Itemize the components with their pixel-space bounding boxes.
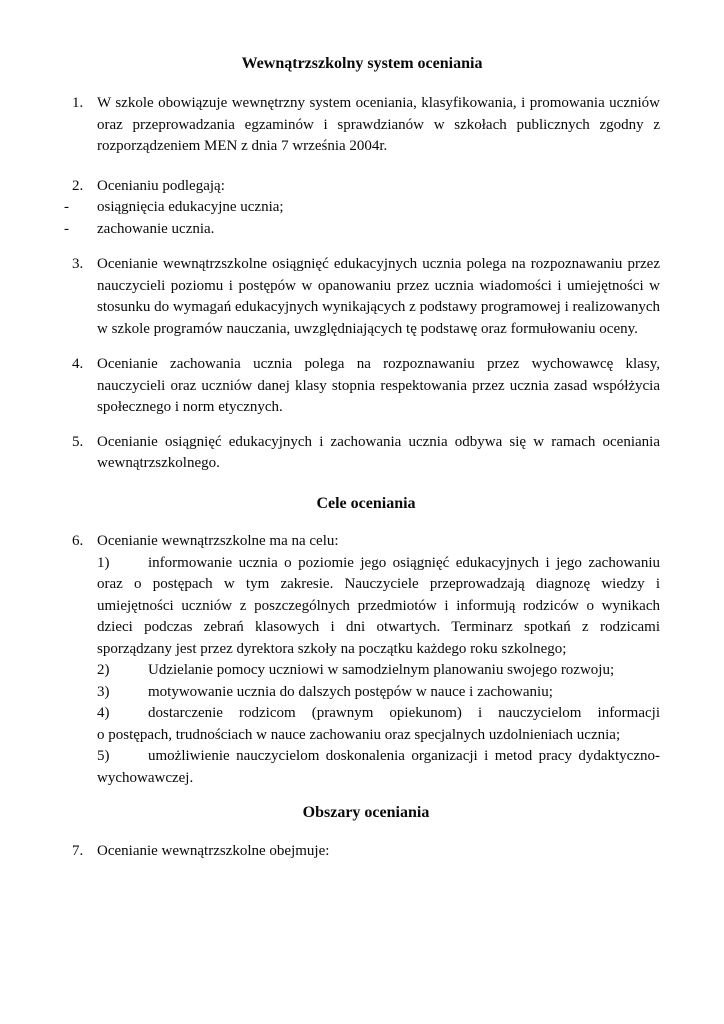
sub-item-1-text: informowanie ucznia o poziomie jego osią… (97, 555, 660, 657)
sub-item-2-text: Udzielanie pomocy uczniowi w samodzielny… (148, 662, 614, 678)
sub-item-1: 1)informowanie ucznia o poziomie jego os… (97, 553, 660, 661)
bullet-item-1: - osiągnięcia edukacyjne ucznia; (72, 197, 660, 219)
list-item-7: 7. Ocenianie wewnątrzszkolne obejmuje: (72, 841, 660, 863)
sub-item-4-text: dostarczenie rodzicom (prawnym opiekunom… (97, 705, 660, 743)
list-item-6-number: 6. (72, 531, 83, 553)
list-item-6-intro: Ocenianie wewnątrzszkolne ma na celu: (97, 531, 660, 553)
list-item-6-body: Ocenianie wewnątrzszkolne ma na celu: 1)… (97, 531, 660, 789)
sub-item-5: 5)umożliwienie nauczycielom doskonalenia… (97, 746, 660, 789)
sub-item-5-text: umożliwienie nauczycielom doskonalenia o… (97, 748, 660, 786)
list-item-2-number: 2. (72, 176, 83, 198)
list-item-4: 4. Ocenianie zachowania ucznia polega na… (72, 354, 660, 419)
sub-item-1-number: 1) (97, 553, 148, 575)
bullet-item-1-dash: - (64, 197, 69, 219)
bullet-item-1-text: osiągnięcia edukacyjne ucznia; (97, 197, 660, 219)
list-item-5-number: 5. (72, 432, 83, 454)
list-item-1-number: 1. (72, 93, 83, 115)
bullet-item-2-dash: - (64, 219, 69, 241)
document-title: Wewnątrzszkolny system oceniania (0, 0, 724, 73)
bullet-item-2-text: zachowanie ucznia. (97, 219, 660, 241)
sub-item-3-text: motywowanie ucznia do dalszych postępów … (148, 684, 553, 700)
list-item-3-text: Ocenianie wewnątrzszkolne osiągnięć eduk… (97, 254, 660, 340)
list-item-1-text: W szkole obowiązuje wewnętrzny system oc… (97, 93, 660, 158)
sub-item-3: 3)motywowanie ucznia do dalszych postępó… (97, 682, 660, 704)
sub-item-2: 2)Udzielanie pomocy uczniowi w samodziel… (97, 660, 660, 682)
list-item-4-text: Ocenianie zachowania ucznia polega na ro… (97, 354, 660, 419)
sub-item-4-number: 4) (97, 703, 148, 725)
list-item-2-text: Ocenianiu podlegają: (97, 176, 660, 198)
sub-item-5-number: 5) (97, 746, 148, 768)
list-item-2: 2. Ocenianiu podlegają: (72, 176, 660, 198)
list-item-4-number: 4. (72, 354, 83, 376)
list-item-6: 6. Ocenianie wewnątrzszkolne ma na celu:… (72, 531, 660, 789)
document-page: Wewnątrzszkolny system oceniania 1. W sz… (0, 0, 724, 1024)
sub-item-4: 4)dostarczenie rodzicom (prawnym opiekun… (97, 703, 660, 746)
list-item-5-text: Ocenianie osiągnięć edukacyjnych i zacho… (97, 432, 660, 475)
document-body: 1. W szkole obowiązuje wewnętrzny system… (72, 93, 660, 862)
section-heading-obszary: Obszary oceniania (72, 802, 660, 824)
list-item-3-number: 3. (72, 254, 83, 276)
section-heading-cele: Cele oceniania (72, 493, 660, 515)
bullet-item-2: - zachowanie ucznia. (72, 219, 660, 241)
list-item-7-text: Ocenianie wewnątrzszkolne obejmuje: (97, 841, 660, 863)
list-item-3: 3. Ocenianie wewnątrzszkolne osiągnięć e… (72, 254, 660, 340)
sub-item-3-number: 3) (97, 682, 148, 704)
list-item-5: 5. Ocenianie osiągnięć edukacyjnych i za… (72, 432, 660, 475)
list-item-1: 1. W szkole obowiązuje wewnętrzny system… (72, 93, 660, 158)
sub-item-2-number: 2) (97, 660, 148, 682)
list-item-7-number: 7. (72, 841, 83, 863)
